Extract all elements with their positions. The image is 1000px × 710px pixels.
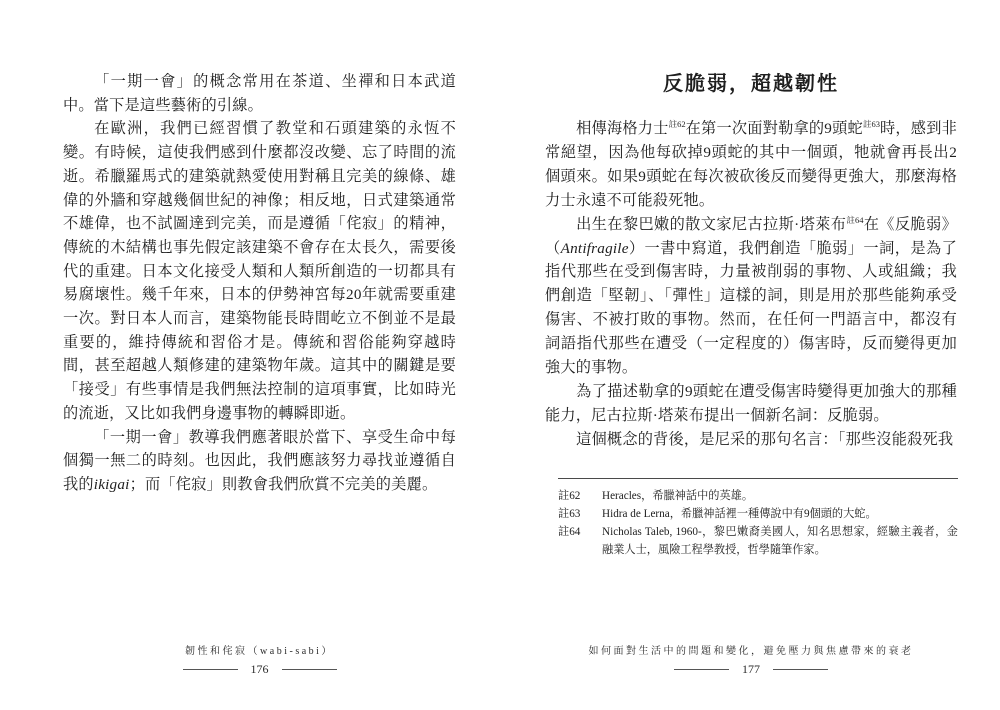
footnote-ref: 註63 bbox=[863, 119, 880, 129]
left-paragraphs: 「一期一會」的概念常用在茶道、坐禪和日本武道中。當下是這些藝術的引線。在歐洲，我… bbox=[63, 70, 456, 497]
left-page-footer: 韌性和侘寂（wabi-sabi） 176 bbox=[63, 642, 456, 677]
italic-text: ikigai bbox=[94, 476, 130, 493]
paragraph: 在歐洲，我們已經習慣了教堂和石頭建築的永恆不變。有時候，這使我們感到什麼都沒改變… bbox=[63, 117, 456, 425]
left-text-column: 「一期一會」的概念常用在茶道、坐禪和日本武道中。當下是這些藝術的引線。在歐洲，我… bbox=[63, 70, 456, 497]
page-number-block: 177 bbox=[545, 662, 957, 677]
paragraph: 出生在黎巴嫩的散文家尼古拉斯·塔萊布註64在《反脆弱》（Antifragile）… bbox=[545, 213, 957, 380]
page-number-text: 177 bbox=[742, 662, 760, 677]
right-page-footer: 如何面對生活中的問題和變化，避免壓力與焦慮帶來的衰老 177 bbox=[545, 642, 957, 677]
footnote-ref: 註64 bbox=[846, 215, 863, 225]
chapter-heading: 反脆弱，超越韌性 bbox=[545, 70, 957, 98]
text-run: 在歐洲，我們已經習慣了教堂和石頭建築的永恆不變。有時候，這使我們感到什麼都沒改變… bbox=[63, 120, 456, 421]
text-run: 出生在黎巴嫩的散文家尼古拉斯·塔萊布 bbox=[576, 216, 846, 233]
footnote-item: 註64Nicholas Taleb, 1960-，黎巴嫩裔美國人，知名思想家，經… bbox=[558, 523, 958, 559]
book-spread: 「一期一會」的概念常用在茶道、坐禪和日本武道中。當下是這些藝術的引線。在歐洲，我… bbox=[0, 0, 1000, 710]
footnote-item: 註63Hidra de Lerna，希臘神話裡一種傳說中有9個頭的大蛇。 bbox=[558, 505, 958, 523]
footnote-label: 註64 bbox=[558, 523, 598, 559]
footnote-label: 註62 bbox=[558, 487, 598, 505]
footnote-label: 註63 bbox=[558, 505, 598, 523]
footnote-item: 註62Heracles，希臘神話中的英雄。 bbox=[558, 487, 958, 505]
text-run: 「一期一會」的概念常用在茶道、坐禪和日本武道中。當下是這些藝術的引線。 bbox=[63, 73, 456, 114]
footnote-text: Hidra de Lerna，希臘神話裡一種傳說中有9個頭的大蛇。 bbox=[602, 505, 958, 523]
paragraph: 相傳海格力士註62在第一次面對勒拿的9頭蛇註63時，感到非常絕望，因為他每砍掉9… bbox=[545, 117, 957, 213]
footer-rule-left bbox=[183, 669, 238, 670]
right-text-column: 反脆弱，超越韌性 相傳海格力士註62在第一次面對勒拿的9頭蛇註63時，感到非常絕… bbox=[545, 68, 957, 452]
text-run: 相傳海格力士 bbox=[576, 120, 668, 137]
paragraph: 這個概念的背後，是尼采的那句名言：「那些沒能殺死我 bbox=[545, 428, 957, 452]
right-paragraphs: 相傳海格力士註62在第一次面對勒拿的9頭蛇註63時，感到非常絕望，因為他每砍掉9… bbox=[545, 117, 957, 452]
page-number-text: 176 bbox=[251, 662, 269, 677]
text-run: ；而「侘寂」則教會我們欣賞不完美的美麗。 bbox=[130, 476, 438, 493]
footer-rule-left bbox=[674, 669, 729, 670]
text-run: 這個概念的背後，是尼采的那句名言：「那些沒能殺死我 bbox=[576, 431, 953, 448]
text-run: 在第一次面對勒拿的9頭蛇 bbox=[686, 120, 863, 137]
text-run: 為了描述勒拿的9頭蛇在遭受傷害時變得更加強大的那種能力，尼古拉斯·塔萊布提出一個… bbox=[545, 383, 957, 424]
footnote-text: Heracles，希臘神話中的英雄。 bbox=[602, 487, 958, 505]
page-left: 「一期一會」的概念常用在茶道、坐禪和日本武道中。當下是這些藝術的引線。在歐洲，我… bbox=[0, 0, 500, 710]
footer-rule-right bbox=[773, 669, 828, 670]
footnote-list: 註62Heracles，希臘神話中的英雄。註63Hidra de Lerna，希… bbox=[558, 487, 958, 559]
text-run: ）一書中寫道，我們創造「脆弱」一詞，是為了指代那些在受到傷害時，力量被削弱的事物… bbox=[545, 240, 957, 377]
running-footer-title: 如何面對生活中的問題和變化，避免壓力與焦慮帶來的衰老 bbox=[545, 642, 957, 657]
footer-rule-right bbox=[282, 669, 337, 670]
page-right: 反脆弱，超越韌性 相傳海格力士註62在第一次面對勒拿的9頭蛇註63時，感到非常絕… bbox=[500, 0, 1000, 710]
paragraph: 「一期一會」教導我們應著眼於當下、享受生命中每個獨一無二的時刻。也因此，我們應該… bbox=[63, 426, 456, 497]
paragraph: 「一期一會」的概念常用在茶道、坐禪和日本武道中。當下是這些藝術的引線。 bbox=[63, 70, 456, 117]
footnote-text: Nicholas Taleb, 1960-，黎巴嫩裔美國人，知名思想家，經驗主義… bbox=[602, 523, 958, 559]
italic-text: Antifragile bbox=[561, 240, 629, 257]
footnotes-section: 註62Heracles，希臘神話中的英雄。註63Hidra de Lerna，希… bbox=[558, 478, 958, 559]
footnote-ref: 註62 bbox=[669, 119, 686, 129]
page-number-block: 176 bbox=[63, 662, 456, 677]
paragraph: 為了描述勒拿的9頭蛇在遭受傷害時變得更加強大的那種能力，尼古拉斯·塔萊布提出一個… bbox=[545, 380, 957, 428]
footnote-divider bbox=[558, 478, 958, 479]
running-footer-title: 韌性和侘寂（wabi-sabi） bbox=[63, 642, 456, 657]
